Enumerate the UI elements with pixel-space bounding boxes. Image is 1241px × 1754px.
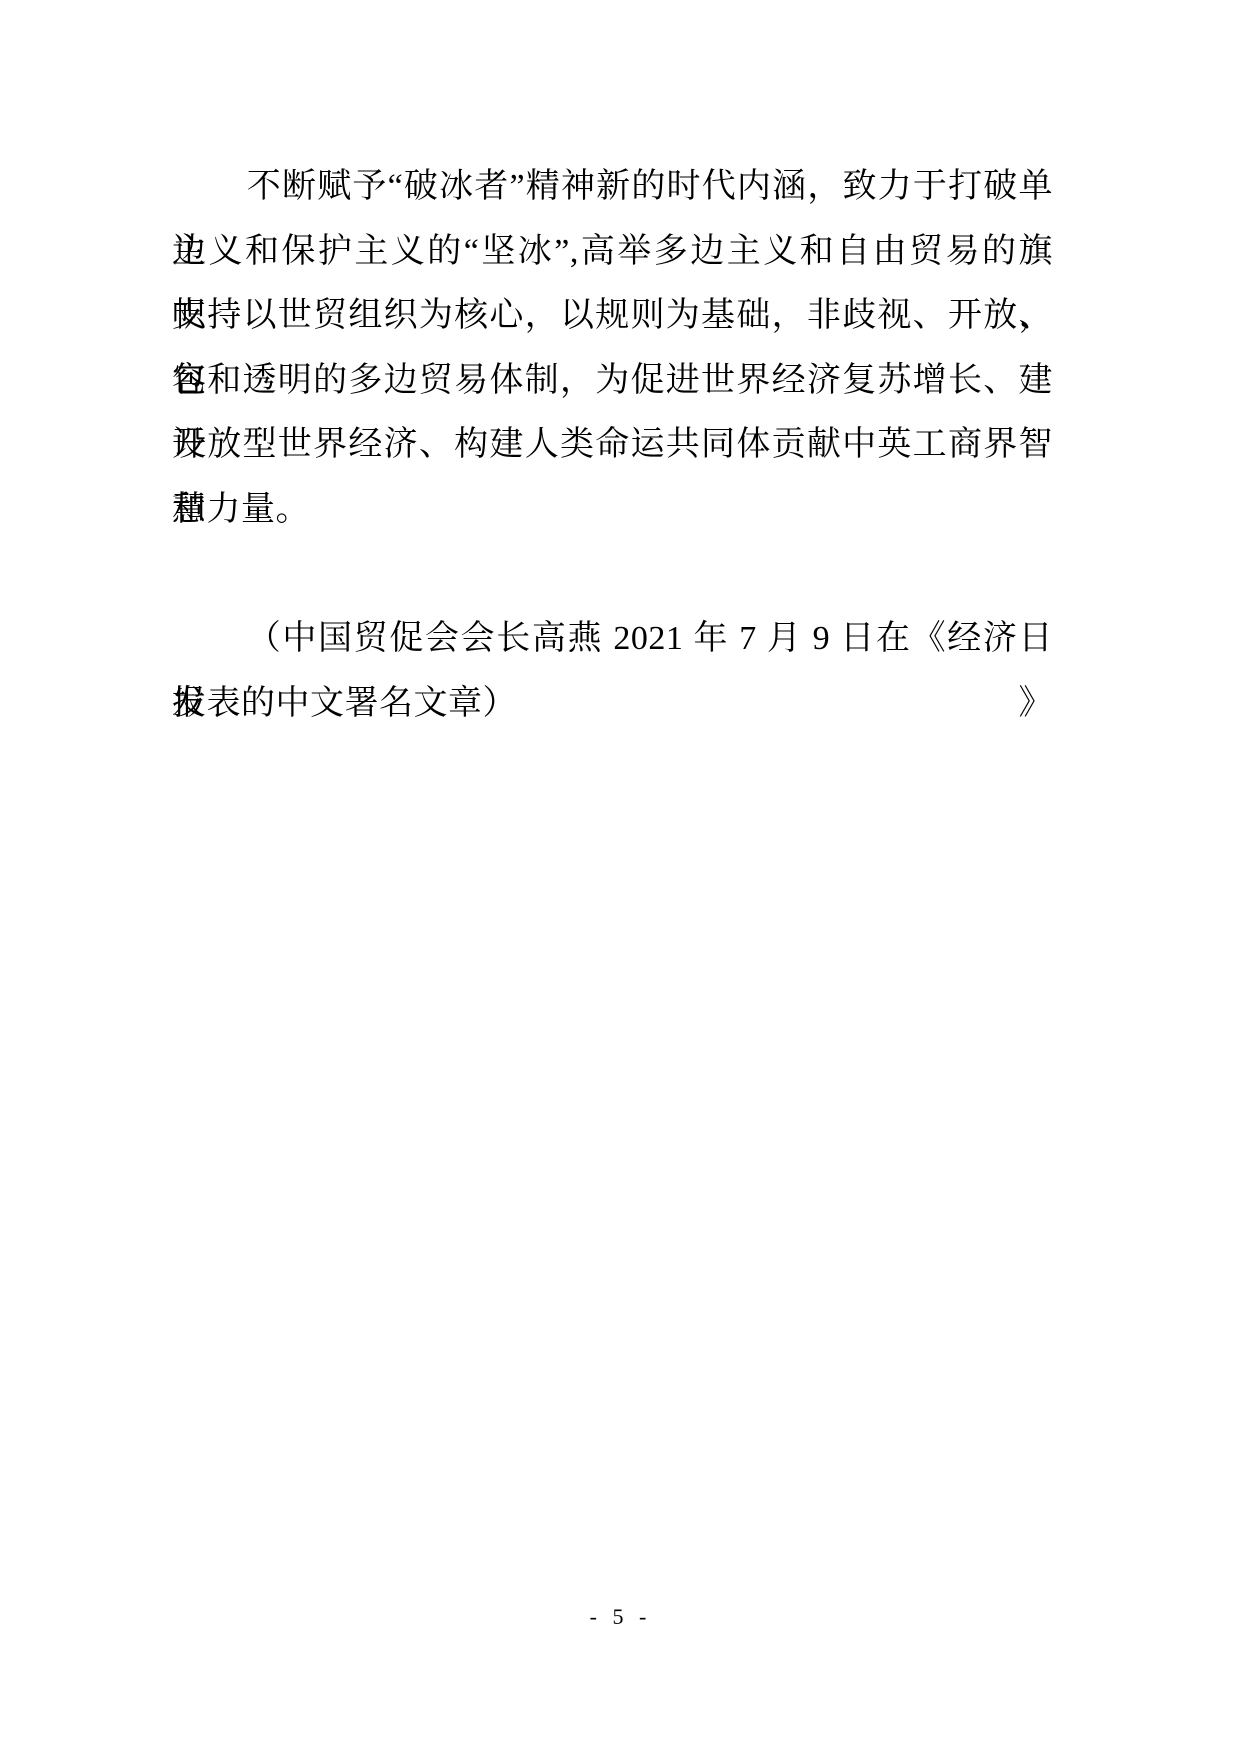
paragraph-line: 容和透明的多边贸易体制，为促进世界经济复苏增长、建设	[172, 349, 1053, 414]
document-page: 不断赋予“破冰者”精神新的时代内涵，致力于打破单边 主义和保护主义的“坚冰”,高…	[0, 0, 1241, 1754]
page-number: - 5 -	[0, 1601, 1241, 1633]
paragraph-line: 支持以世贸组织为核心，以规则为基础，非歧视、开放、包	[172, 284, 1053, 349]
article-body: 不断赋予“破冰者”精神新的时代内涵，致力于打破单边 主义和保护主义的“坚冰”,高…	[172, 155, 1053, 736]
paragraph-line: 主义和保护主义的“坚冰”,高举多边主义和自由贸易的旗帜，	[172, 220, 1053, 285]
paragraph-line: 不断赋予“破冰者”精神新的时代内涵，致力于打破单边	[172, 155, 1053, 220]
paragraph-line: 开放型世界经济、构建人类命运共同体贡献中英工商界智慧	[172, 413, 1053, 478]
paragraph-line: 和力量。	[172, 478, 1053, 543]
attribution-line: （中国贸促会会长高燕 2021 年 7 月 9 日在《经济日报》	[172, 607, 1053, 672]
blank-line	[172, 543, 1053, 608]
